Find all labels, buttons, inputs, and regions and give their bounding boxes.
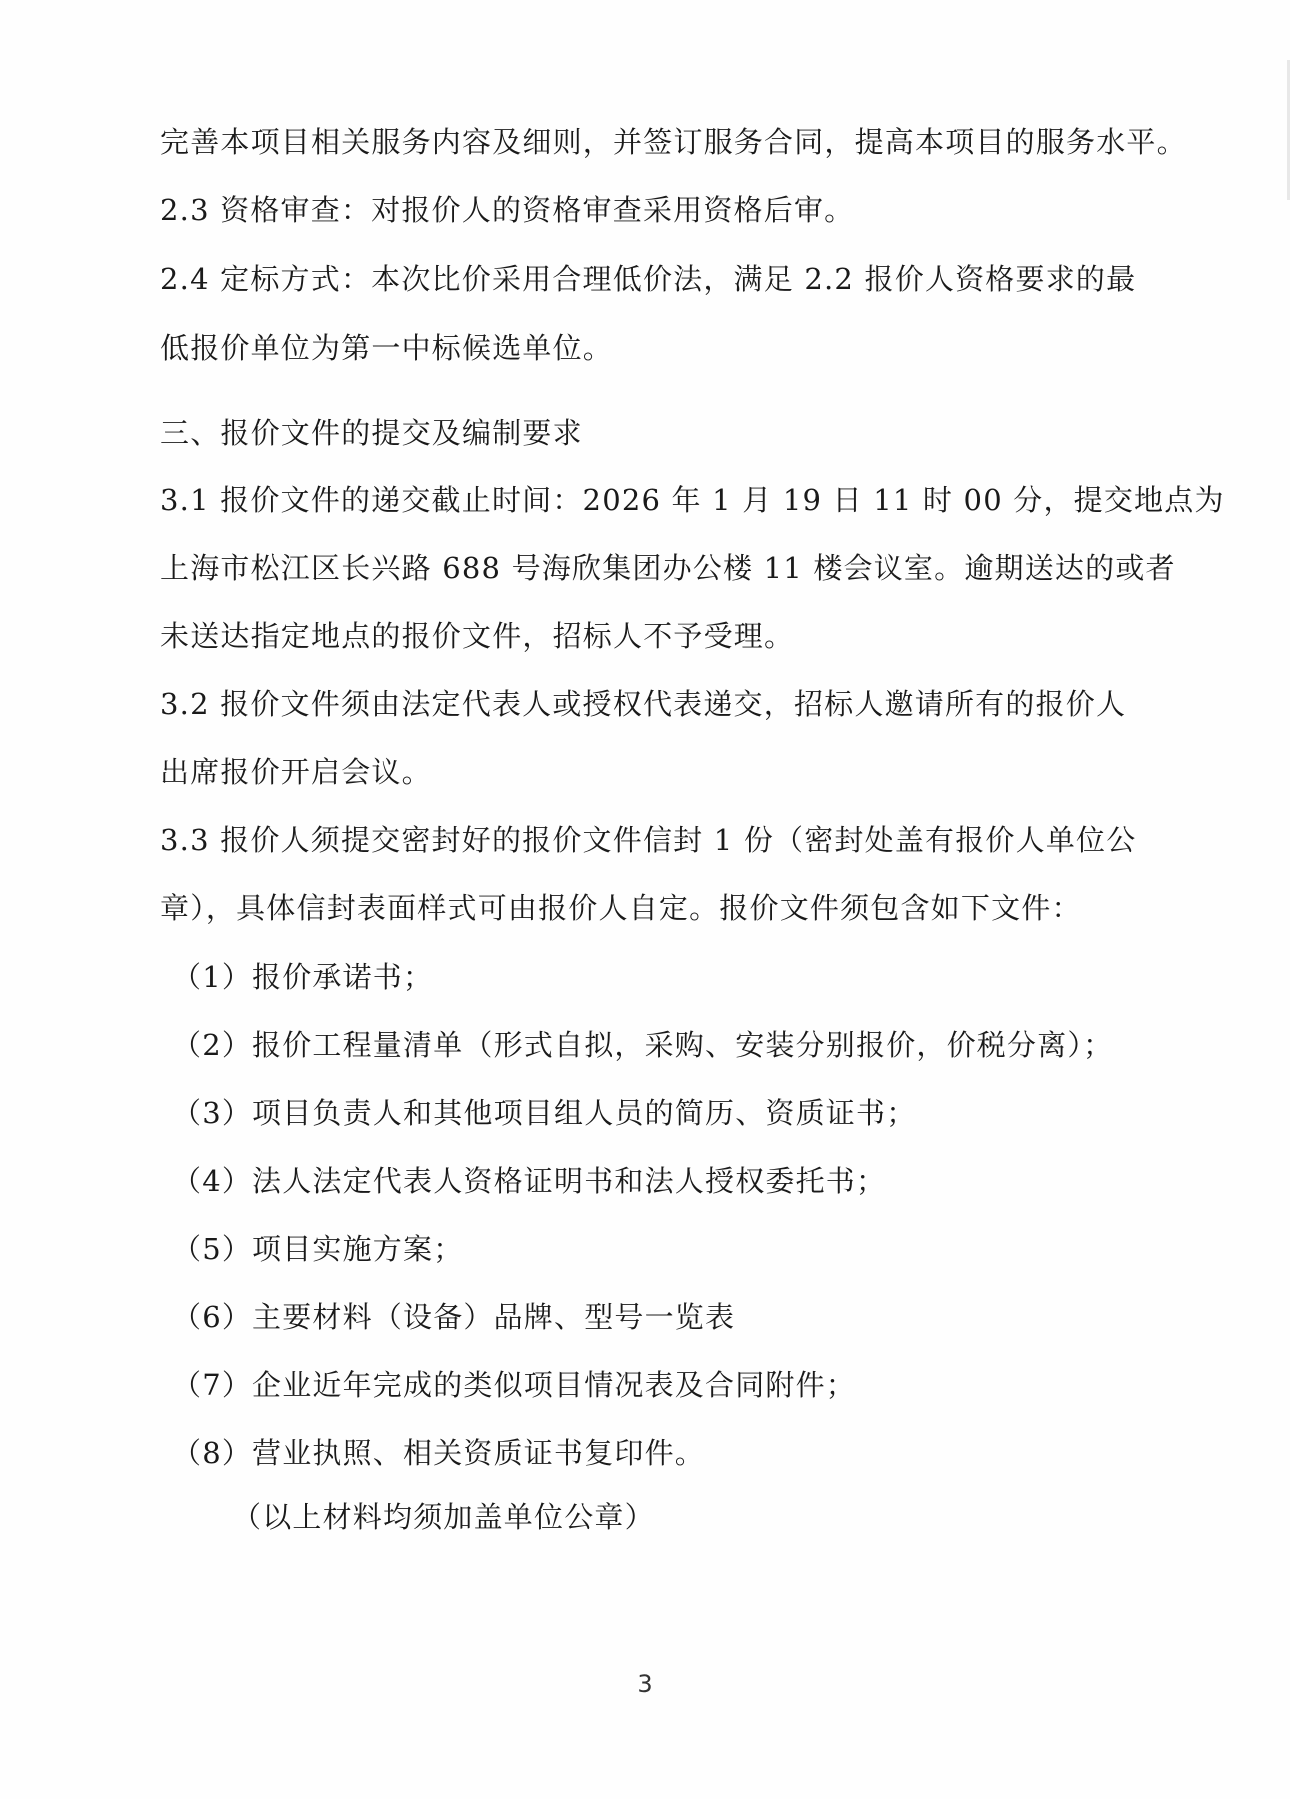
list-item-text: 主要材料（设备）品牌、型号一览表 <box>252 1300 735 1334</box>
page-number: 3 <box>0 1670 1290 1698</box>
list-item: （1）报价承诺书； <box>172 957 433 997</box>
list-item-number: （2） <box>172 1025 252 1065</box>
list-item-text: 报价工程量清单（形式自拟，采购、安装分别报价，价税分离）； <box>252 1028 1113 1062</box>
clause-3-1-line1: 3.1 报价文件的递交截止时间：2026 年 1 月 19 日 11 时 00 … <box>160 480 1225 520</box>
list-item-text: 报价承诺书； <box>252 960 433 994</box>
list-item: （7）企业近年完成的类似项目情况表及合同附件； <box>172 1365 856 1405</box>
list-item: （3）项目负责人和其他项目组人员的简历、资质证书； <box>172 1093 916 1133</box>
list-item-text: 法人法定代表人资格证明书和法人授权委托书； <box>252 1164 886 1198</box>
list-item-number: （6） <box>172 1297 252 1337</box>
list-item-number: （7） <box>172 1365 252 1405</box>
list-item: （4）法人法定代表人资格证明书和法人授权委托书； <box>172 1161 886 1201</box>
clause-2-4: 2.4 定标方式：本次比价采用合理低价法，满足 2.2 报价人资格要求的最 <box>160 259 1136 299</box>
list-item: （2）报价工程量清单（形式自拟，采购、安装分别报价，价税分离）； <box>172 1025 1113 1065</box>
clause-3-2-line1: 3.2 报价文件须由法定代表人或授权代表递交，招标人邀请所有的报价人 <box>160 684 1126 724</box>
clause-2-4-label: 2.4 定标方式： <box>160 262 371 296</box>
document-page: 完善本项目相关服务内容及细则，并签订服务合同，提高本项目的服务水平。 2.3 资… <box>0 0 1290 1799</box>
clause-3-3-line2: 章），具体信封表面样式可由报价人自定。报价文件须包含如下文件： <box>160 888 1082 928</box>
clause-3-1-line2: 上海市松江区长兴路 688 号海欣集团办公楼 11 楼会议室。逾期送达的或者 <box>160 548 1176 588</box>
list-item: （6）主要材料（设备）品牌、型号一览表 <box>172 1297 735 1337</box>
list-item-number: （1） <box>172 957 252 997</box>
seal-note: （以上材料均须加盖单位公章） <box>232 1497 655 1537</box>
list-item-text: 项目实施方案； <box>252 1232 463 1266</box>
list-item-number: （4） <box>172 1161 252 1201</box>
clause-3-2-line2: 出席报价开启会议。 <box>160 752 432 792</box>
section-3-heading: 三、报价文件的提交及编制要求 <box>160 413 583 453</box>
clause-2-4-text: 本次比价采用合理低价法，满足 2.2 报价人资格要求的最 <box>371 262 1136 296</box>
clause-2-3: 2.3 资格审查：对报价人的资格审查采用资格后审。 <box>160 190 854 230</box>
list-item-number: （3） <box>172 1093 252 1133</box>
list-item-text: 企业近年完成的类似项目情况表及合同附件； <box>252 1368 856 1402</box>
list-item: （8）营业执照、相关资质证书复印件。 <box>172 1433 705 1473</box>
list-item-text: 营业执照、相关资质证书复印件。 <box>252 1436 705 1470</box>
paragraph-continuation: 完善本项目相关服务内容及细则，并签订服务合同，提高本项目的服务水平。 <box>160 122 1187 162</box>
list-item-text: 项目负责人和其他项目组人员的简历、资质证书； <box>252 1096 916 1130</box>
clause-2-3-label: 2.3 资格审查： <box>160 193 371 227</box>
list-item-number: （8） <box>172 1433 252 1473</box>
clause-3-1-line3: 未送达指定地点的报价文件，招标人不予受理。 <box>160 616 794 656</box>
clause-3-3-line1: 3.3 报价人须提交密封好的报价文件信封 1 份（密封处盖有报价人单位公 <box>160 820 1136 860</box>
list-item: （5）项目实施方案； <box>172 1229 463 1269</box>
clause-2-4-cont: 低报价单位为第一中标候选单位。 <box>160 328 613 368</box>
clause-2-3-text: 对报价人的资格审查采用资格后审。 <box>371 193 854 227</box>
list-item-number: （5） <box>172 1229 252 1269</box>
